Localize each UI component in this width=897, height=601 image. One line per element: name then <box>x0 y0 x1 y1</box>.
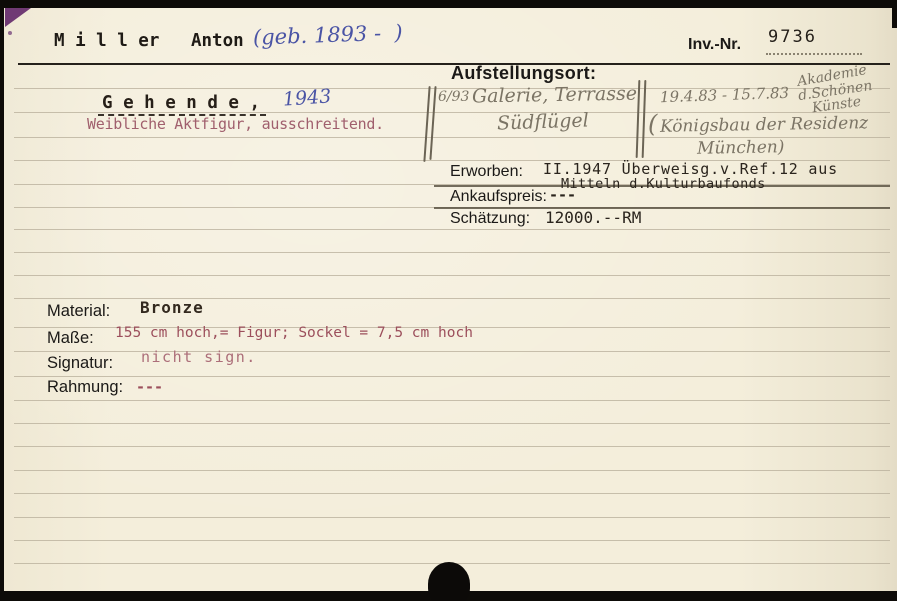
inventory-number-value: 9736 <box>768 29 817 47</box>
acquired-value-line2: Mitteln d.Kulturbaufonds <box>561 177 766 191</box>
framing-label: Rahmung: <box>47 379 123 396</box>
location-entry-line1: Galerie, Terrasse <box>472 85 637 108</box>
ruled-line <box>14 376 890 377</box>
acquired-label: Erworben: <box>450 164 523 181</box>
ruled-line <box>14 400 890 401</box>
ruled-line <box>14 252 890 253</box>
ruled-line <box>14 470 890 471</box>
ruled-line <box>14 493 890 494</box>
hole-punch-mark <box>428 562 470 601</box>
ruled-line <box>14 446 890 447</box>
artwork-title: G e h e n d e , <box>98 94 266 116</box>
purple-ink-speck <box>8 31 12 35</box>
purple-corner-mark <box>5 8 31 27</box>
ruled-line <box>14 517 890 518</box>
location-entry-line2: Südflügel <box>497 111 589 134</box>
signature-value: nicht sign. <box>141 350 257 366</box>
ruled-line <box>14 540 890 541</box>
price-value: --- <box>549 188 576 204</box>
ruled-line <box>14 275 890 276</box>
exhibition-line3: München) <box>697 139 785 158</box>
location-label: Aufstellungsort: <box>451 64 596 83</box>
framing-value: --- <box>136 380 163 396</box>
exhibition-line2: Königsbau der Residenz <box>660 115 868 136</box>
inventory-number-line <box>766 53 862 55</box>
ruled-line <box>14 423 890 424</box>
price-label: Ankaufspreis: <box>450 189 547 206</box>
scan-edge-top <box>0 0 897 8</box>
inventory-number-label: Inv.-Nr. <box>688 37 741 54</box>
estimate-value: 12000.--RM <box>545 210 641 227</box>
material-label: Material: <box>47 303 110 320</box>
artwork-year: 1943 <box>282 87 332 110</box>
ruled-line-dark <box>434 207 890 209</box>
artist-birth-note: (geb. 1893 - ) <box>253 21 403 48</box>
signature-label: Signatur: <box>47 355 113 372</box>
location-entry-prefix: 6/93 <box>438 90 469 105</box>
ruled-line <box>14 229 890 230</box>
scan-edge-left <box>0 0 4 601</box>
scan-edge-right <box>892 0 897 28</box>
material-value: Bronze <box>140 300 204 317</box>
dimensions-label: Maße: <box>47 330 94 347</box>
dimensions-value: 155 cm hoch,= Figur; Sockel = 7,5 cm hoc… <box>115 326 473 341</box>
artist-name: M i l l er Anton <box>54 32 244 50</box>
estimate-label: Schätzung: <box>450 211 530 228</box>
exhibition-paren: ( <box>648 112 657 137</box>
artwork-description: Weibliche Aktfigur, ausschreitend. <box>87 117 384 133</box>
